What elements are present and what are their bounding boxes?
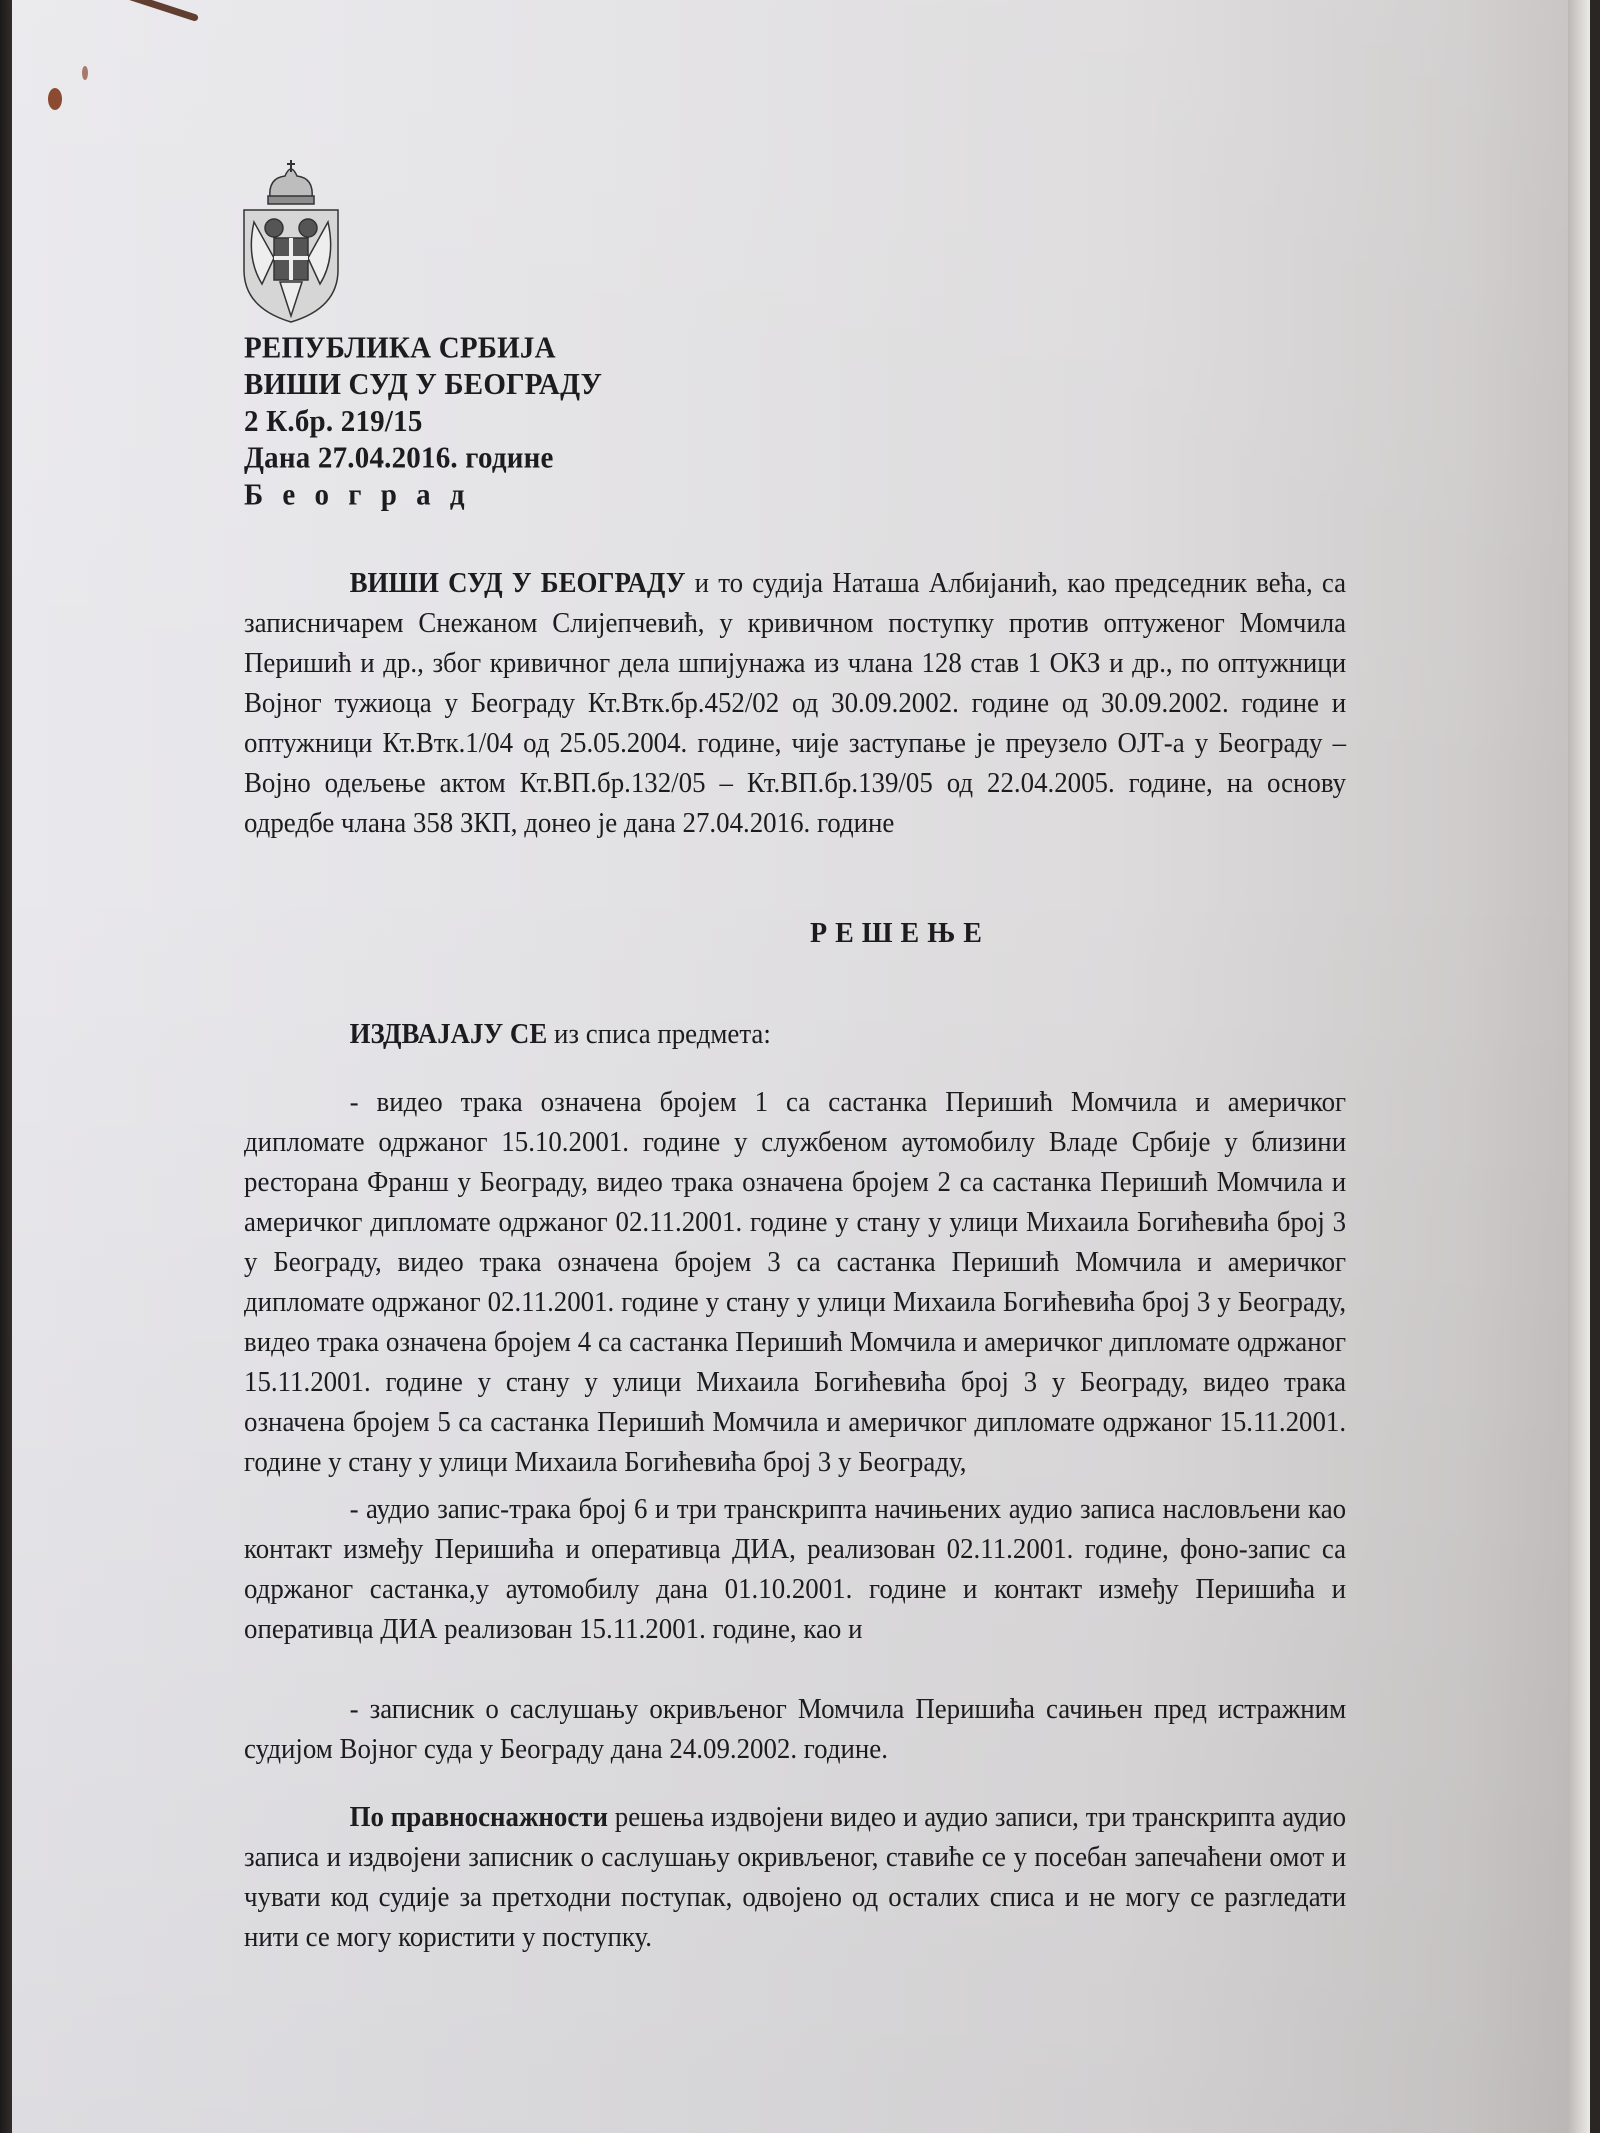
separation-paragraph: ИЗДВАЈАЈУ СЕ из списа предмета: <box>244 1015 1346 1055</box>
case-number: 2 К.бр. 219/15 <box>244 404 602 441</box>
coat-of-arms-icon <box>240 158 342 324</box>
final-paragraph: По правноснажности решења издвојени виде… <box>244 1798 1346 1958</box>
separation-text: из списа предмета: <box>547 1019 771 1050</box>
intro-text: и то судија Наташа Албијанић, као предсе… <box>244 568 1346 839</box>
list-item: - видео трака означена бројем 1 са саста… <box>244 1083 1346 1483</box>
stain-mark <box>48 88 62 110</box>
stain-mark <box>82 66 88 80</box>
document-date: Дана 27.04.2016. године <box>244 440 602 477</box>
list-item: - записник о саслушању окривљеног Момчил… <box>244 1690 1346 1770</box>
court-name: ВИШИ СУД У БЕОГРАДУ <box>244 367 602 404</box>
list-item-text: - видео трака означена бројем 1 са саста… <box>244 1087 1346 1478</box>
intro-paragraph: ВИШИ СУД У БЕОГРАДУ и то судија Наташа А… <box>244 564 1346 844</box>
city-name: Б е о г р а д <box>244 477 602 514</box>
separation-lead: ИЗДВАЈАЈУ СЕ <box>350 1019 548 1050</box>
list-item-text: - аудио запис-трака број 6 и три транскр… <box>244 1494 1346 1645</box>
document-header: РЕПУБЛИКА СРБИЈА ВИШИ СУД У БЕОГРАДУ 2 К… <box>244 330 602 514</box>
document-title: РЕШЕЊЕ <box>600 918 1200 950</box>
list-item: - аудио запис-трака број 6 и три транскр… <box>244 1490 1346 1650</box>
country-name: РЕПУБЛИКА СРБИЈА <box>244 330 602 367</box>
page-edge <box>1568 0 1590 2133</box>
final-lead: По правноснажности <box>350 1802 608 1833</box>
list-item-text: - записник о саслушању окривљеног Момчил… <box>244 1694 1346 1765</box>
intro-lead: ВИШИ СУД У БЕОГРАДУ <box>350 568 686 599</box>
